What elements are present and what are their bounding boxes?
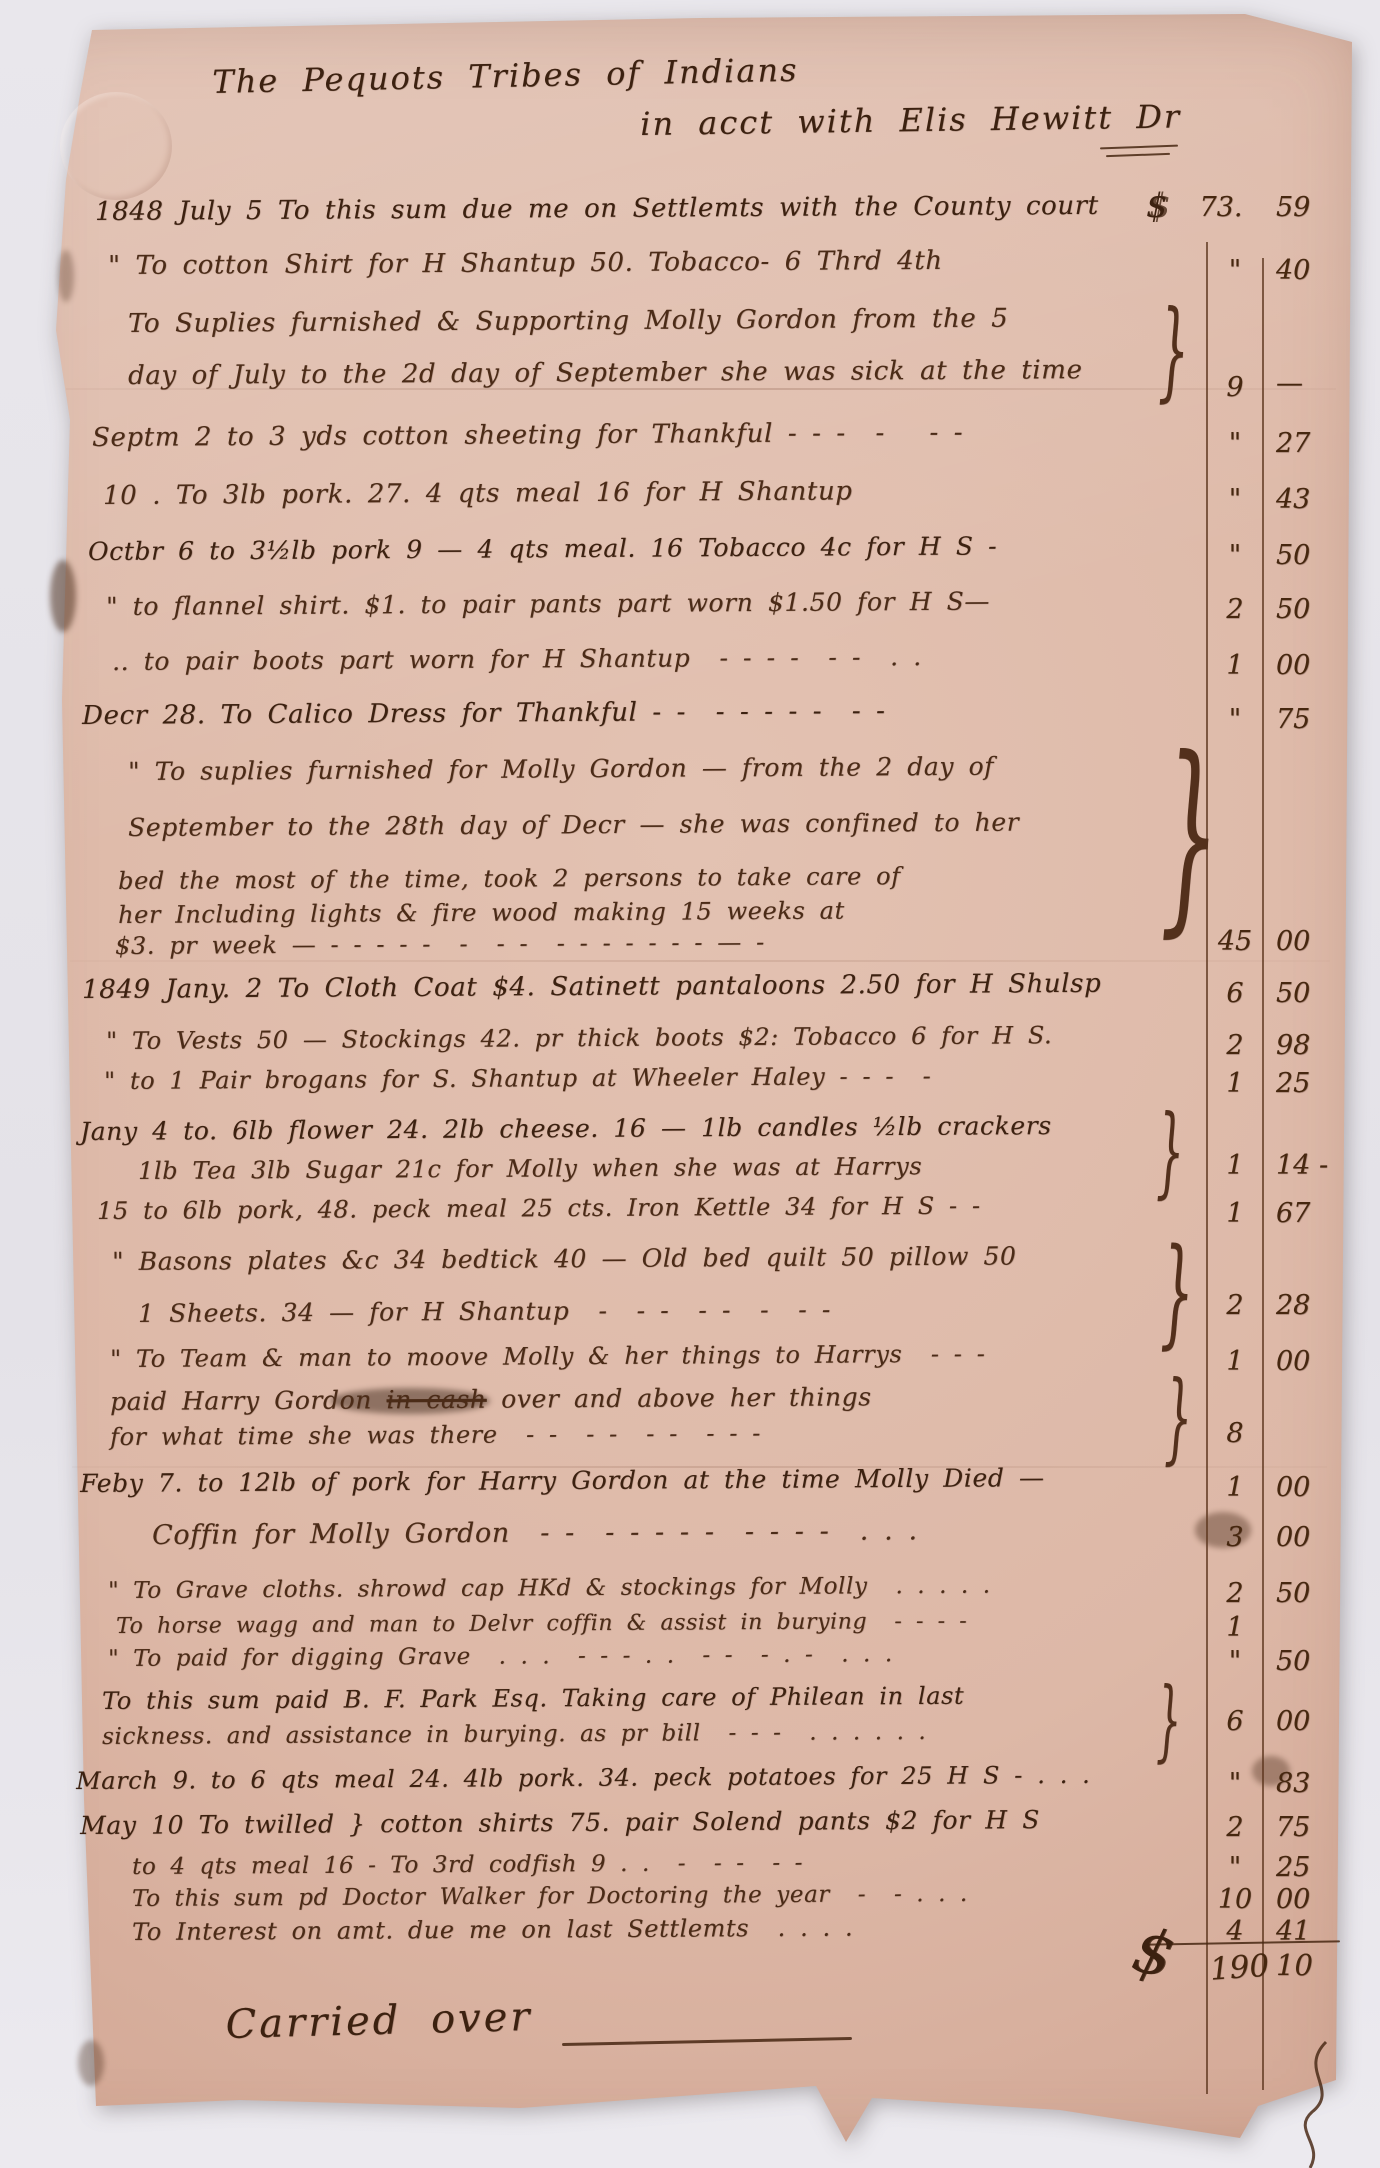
amount-dollars: 1 — [1210, 650, 1260, 681]
amount-dollars: 2 — [1210, 1578, 1260, 1609]
amount-cents: 43 — [1272, 484, 1346, 515]
ledger-line: " To paid for digging Grave . . . - - - … — [108, 1641, 893, 1672]
amount-dollars: " — [1210, 1646, 1260, 1677]
amount-dollars: 73. — [1196, 192, 1246, 223]
ink-squiggle-icon — [1288, 2040, 1348, 2168]
edge-tear-stain — [78, 2040, 104, 2086]
ledger-line: 1lb Tea 3lb Sugar 21c for Molly when she… — [138, 1153, 922, 1185]
amount-cents: 00 — [1272, 650, 1346, 681]
ledger-line: 1 Sheets. 34 — for H Shantup - - - - - -… — [138, 1296, 831, 1329]
line-text: paid Harry Gordon — [110, 1385, 387, 1416]
amount-cents: 27 — [1272, 428, 1346, 459]
ledger-line: Feby 7. to 12lb of pork for Harry Gordon… — [80, 1464, 1045, 1499]
total-cents: 10 — [1272, 1948, 1346, 1982]
amount-dollars: 3 — [1210, 1522, 1260, 1553]
ledger-line: " Basons plates &c 34 bedtick 40 — Old b… — [112, 1242, 1017, 1276]
amount-dollars: 10 — [1210, 1884, 1260, 1915]
ledger-line: 1849 Jany. 2 To Cloth Coat $4. Satinett … — [82, 970, 1101, 1006]
ledger-line: To this sum pd Doctor Walker for Doctori… — [132, 1881, 968, 1913]
amount-dollars: 1 — [1210, 1346, 1260, 1377]
ink-brace: } — [1164, 1374, 1192, 1462]
amount-cents: 59 — [1272, 192, 1346, 223]
ink-brace: } — [1156, 1108, 1184, 1196]
ledger-line: $3. pr week — - - - - - - - - - - - - - … — [115, 929, 765, 961]
ledger-line: Jany 4 to. 6lb flower 24. 2lb cheese. 16… — [80, 1112, 1052, 1147]
amount-cents: 67 — [1272, 1198, 1346, 1229]
amount-cents: — — [1272, 368, 1346, 399]
amount-cents: 00 — [1272, 926, 1346, 957]
amount-dollars: 8 — [1210, 1418, 1260, 1449]
edge-tear-stain — [50, 560, 76, 632]
amount-cents: 25 — [1272, 1068, 1346, 1099]
ledger-line: " to 1 Pair brogans for S. Shantup at Wh… — [104, 1063, 931, 1096]
amount-dollars: " — [1210, 1768, 1260, 1799]
ledger-line: To horse wagg and man to Delvr coffin & … — [116, 1609, 967, 1639]
amount-dollars: 1 — [1210, 1150, 1260, 1181]
ledger-line: Decr 28. To Calico Dress for Thankful - … — [82, 697, 886, 732]
ledger-line: Coffin for Molly Gordon - - - - - - - - … — [152, 1515, 918, 1551]
ledger-line: 10 . To 3lb pork. 27. 4 qts meal 16 for … — [103, 477, 853, 511]
ledger-line: May 10 To twilled } cotton shirts 75. pa… — [80, 1806, 1040, 1841]
amount-dollars: 1 — [1210, 1068, 1260, 1099]
amount-cents: 75 — [1272, 704, 1346, 735]
ledger-line: " To Grave cloths. shrowd cap HKd & stoc… — [108, 1573, 991, 1605]
amount-cents: 14 - — [1272, 1150, 1346, 1181]
amount-dollars: 9 — [1210, 372, 1260, 403]
ledger-line: 15 to 6lb pork, 48. peck meal 25 cts. Ir… — [97, 1193, 981, 1226]
struck-text: in cash — [386, 1385, 486, 1415]
cents-column-rule — [1262, 258, 1264, 2090]
amount-dollars: " — [1210, 540, 1260, 571]
amount-dollars: 2 — [1210, 1290, 1260, 1321]
ink-brace: } — [1158, 302, 1189, 399]
amount-cents: 00 — [1272, 1346, 1346, 1377]
amount-dollars: " — [1210, 1852, 1260, 1883]
line-text: over and above her things — [487, 1382, 872, 1413]
amount-cents: 50 — [1272, 1646, 1346, 1677]
dollar-sign: $ — [1146, 186, 1168, 226]
ledger-line: her Including lights & fire wood making … — [118, 898, 845, 930]
ledger-line: day of July to the 2d day of September s… — [128, 356, 1083, 392]
ledger-line: September to the 28th day of Decr — she … — [128, 809, 1019, 843]
amount-dollars: 2 — [1210, 1812, 1260, 1843]
ink-brace: } — [1160, 742, 1220, 929]
ledger-line: " To Vests 50 — Stockings 42. pr thick b… — [106, 1022, 1052, 1055]
amount-dollars: " — [1210, 255, 1260, 286]
ledger-line: 1848 July 5 To this sum due me on Settle… — [95, 192, 1099, 228]
ledger-line: bed the most of the time, took 2 persons… — [118, 863, 901, 895]
embossed-seal — [60, 92, 172, 200]
amount-dollars: 2 — [1210, 594, 1260, 625]
ledger-line: " to flannel shirt. $1. to pair pants pa… — [106, 588, 990, 622]
amount-dollars: 2 — [1210, 1030, 1260, 1061]
amount-dollars: " — [1210, 428, 1260, 459]
amount-cents: 50 — [1272, 594, 1346, 625]
page-subtitle: in acct with Elis Hewitt Dr — [640, 98, 1181, 142]
ledger-line: Septm 2 to 3 yds cotton sheeting for Tha… — [92, 419, 963, 454]
amount-cents: 00 — [1272, 1472, 1346, 1503]
amount-cents: 00 — [1272, 1706, 1346, 1737]
amount-dollars: 1 — [1210, 1612, 1260, 1643]
ledger-line: .. to pair boots part worn for H Shantup… — [112, 643, 922, 677]
ledger-line: " To cotton Shirt for H Shantup 50. Toba… — [108, 247, 943, 282]
amount-dollars: 6 — [1210, 978, 1260, 1009]
amount-dollars: " — [1210, 484, 1260, 515]
ledger-line: paid Harry Gordon in cash over and above… — [110, 1383, 872, 1416]
ledger-line: To Interest on amt. due me on last Settl… — [132, 1915, 853, 1947]
amount-dollars: 6 — [1210, 1706, 1260, 1737]
amount-cents: 28 — [1272, 1290, 1346, 1321]
amount-cents: 98 — [1272, 1030, 1346, 1061]
ledger-line: to 4 qts meal 16 - To 3rd codfish 9 . . … — [132, 1850, 803, 1881]
ink-brace: } — [1156, 1680, 1181, 1759]
carried-over-label: Carried over — [225, 1994, 533, 2048]
amount-dollars: 1 — [1210, 1472, 1260, 1503]
ledger-line: for what time she was there - - - - - - … — [110, 1420, 761, 1452]
ink-brace: } — [1160, 1238, 1194, 1344]
amount-dollars: 1 — [1210, 1198, 1260, 1229]
ledger-line: sickness. and assistance in burying. as … — [102, 1719, 926, 1750]
amount-cents: 25 — [1272, 1852, 1346, 1883]
amount-cents: 00 — [1272, 1884, 1346, 1915]
ledger-line: To this sum paid B. F. Park Esq. Taking … — [102, 1683, 964, 1716]
amount-cents: 40 — [1272, 255, 1346, 286]
edge-tear-stain — [58, 250, 74, 302]
ledger-line: To Suplies furnished & Supporting Molly … — [128, 305, 1008, 340]
total-dollars: 190 — [1209, 1948, 1261, 1987]
fold-crease — [70, 960, 1330, 962]
dollars-column-rule — [1206, 242, 1208, 2094]
ledger-line: " To suplies furnished for Molly Gordon … — [128, 753, 994, 787]
amount-cents: 50 — [1272, 1578, 1346, 1609]
ledger-line: " To Team & man to moove Molly & her thi… — [110, 1341, 985, 1374]
amount-cents: 00 — [1272, 1522, 1346, 1553]
amount-cents: 50 — [1272, 540, 1346, 571]
amount-cents: 50 — [1272, 978, 1346, 1009]
amount-cents: 83 — [1272, 1768, 1346, 1799]
amount-cents: 75 — [1272, 1812, 1346, 1843]
ledger-line: Octbr 6 to 3½lb pork 9 — 4 qts meal. 16 … — [88, 532, 997, 566]
scanned-ledger-page: The Pequots Tribes of Indians in acct wi… — [0, 0, 1380, 2168]
